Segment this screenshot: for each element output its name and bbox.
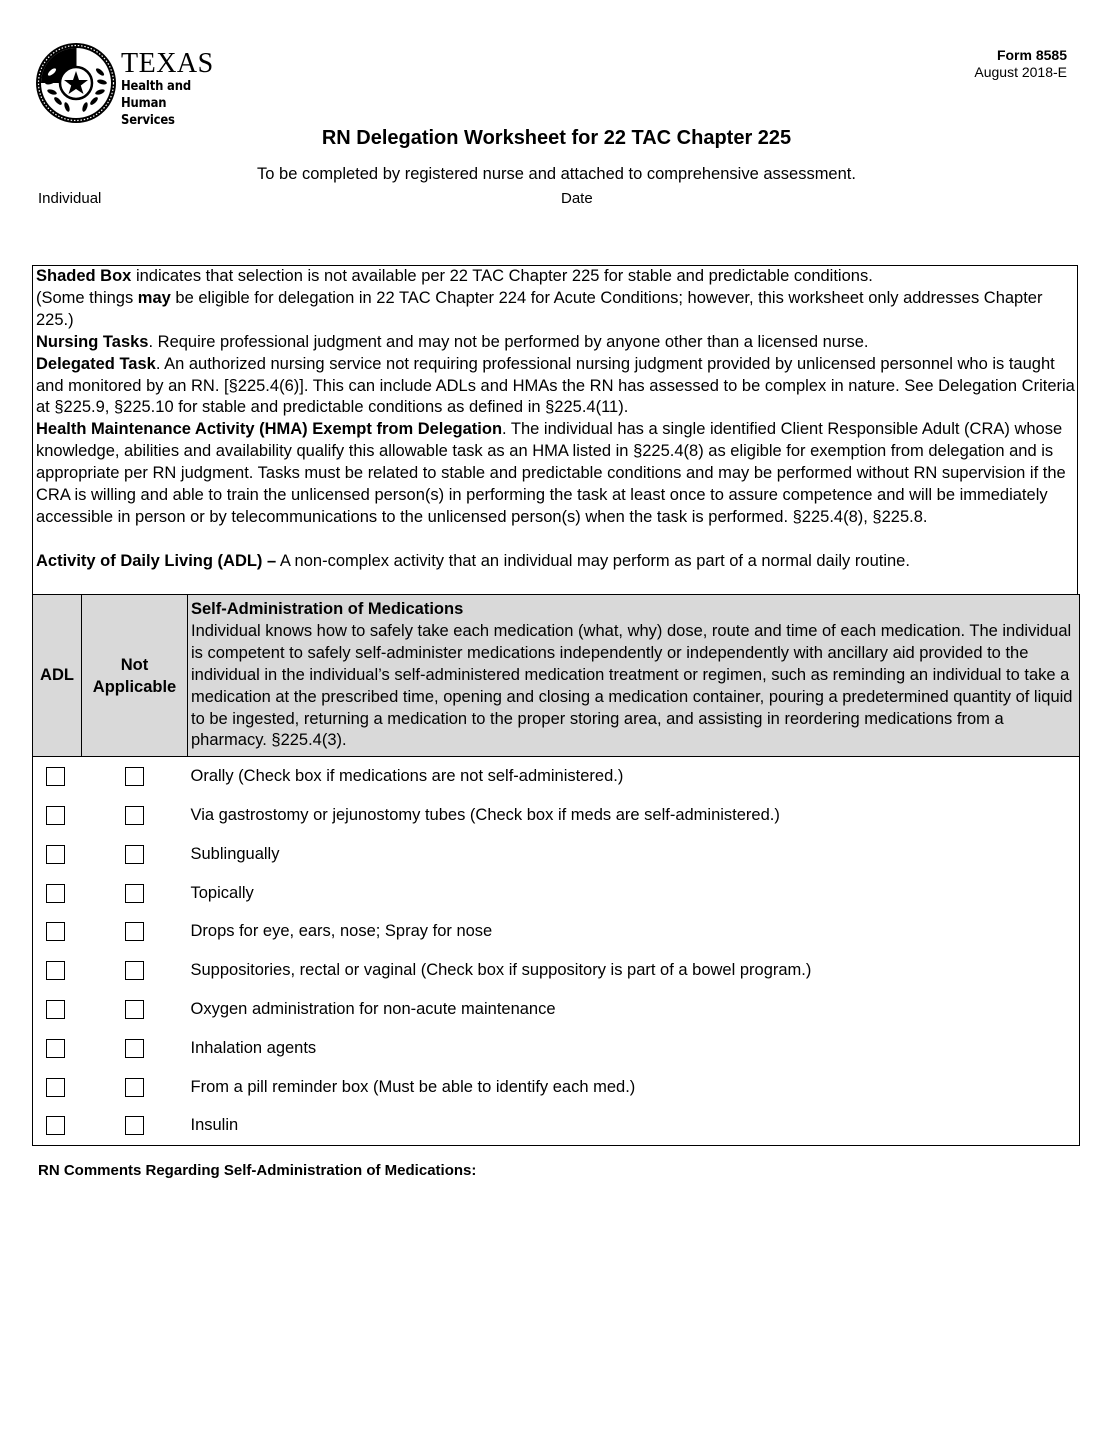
adl-checkbox[interactable] — [46, 1078, 65, 1097]
not-applicable-checkbox[interactable] — [125, 1116, 144, 1135]
individual-label: Individual — [38, 190, 101, 207]
adl-cell — [33, 874, 82, 913]
adl-cell — [33, 1068, 82, 1107]
individual-field[interactable] — [110, 188, 550, 208]
adl-checkbox[interactable] — [46, 1000, 65, 1019]
table-row: Drops for eye, ears, nose; Spray for nos… — [33, 913, 1080, 952]
definition-delegated-task: Delegated Task. An authorized nursing se… — [36, 354, 1077, 420]
adl-cell — [33, 835, 82, 874]
adl-cell — [33, 1029, 82, 1068]
adl-checkbox[interactable] — [46, 922, 65, 941]
adl-checkbox[interactable] — [46, 767, 65, 786]
medication-route-label: Topically — [188, 874, 1080, 913]
definition-nursing-tasks: Nursing Tasks. Require professional judg… — [36, 332, 1077, 354]
definition-hma: Health Maintenance Activity (HMA) Exempt… — [36, 419, 1077, 529]
texas-hhs-logo: TEXAS Health and Human Services — [35, 42, 255, 126]
logo-wordmark: TEXAS Health and Human Services — [121, 50, 255, 129]
not-applicable-checkbox[interactable] — [125, 884, 144, 903]
rn-comments-label: RN Comments Regarding Self-Administratio… — [38, 1162, 476, 1179]
adl-checkbox[interactable] — [46, 961, 65, 980]
table-row: Orally (Check box if medications are not… — [33, 757, 1080, 796]
not-applicable-cell — [82, 1029, 188, 1068]
not-applicable-cell — [82, 757, 188, 796]
table-row: From a pill reminder box (Must be able t… — [33, 1068, 1080, 1107]
section-description: Self-Administration of Medications Indiv… — [188, 595, 1080, 757]
not-applicable-checkbox[interactable] — [125, 1039, 144, 1058]
not-applicable-cell — [82, 1068, 188, 1107]
logo-texas: TEXAS — [121, 50, 255, 78]
not-applicable-cell — [82, 835, 188, 874]
adl-cell — [33, 913, 82, 952]
medication-rows: Orally (Check box if medications are not… — [33, 757, 1080, 1146]
not-applicable-cell — [82, 874, 188, 913]
medication-route-label: Orally (Check box if medications are not… — [188, 757, 1080, 796]
medication-route-label: Oxygen administration for non-acute main… — [188, 990, 1080, 1029]
definitions-box: Shaded Box indicates that selection is n… — [32, 265, 1078, 595]
medications-table: ADL Not Applicable Self-Administration o… — [32, 594, 1080, 1146]
not-applicable-checkbox[interactable] — [125, 845, 144, 864]
page-title: RN Delegation Worksheet for 22 TAC Chapt… — [0, 127, 1113, 150]
definition-adl: Activity of Daily Living (ADL) – A non-c… — [36, 551, 1077, 573]
table-row: Inhalation agents — [33, 1029, 1080, 1068]
page-subtitle: To be completed by registered nurse and … — [0, 165, 1113, 184]
texas-seal-icon — [35, 42, 117, 124]
adl-checkbox[interactable] — [46, 806, 65, 825]
adl-cell — [33, 1107, 82, 1146]
form-identifier: Form 8585 August 2018-E — [974, 47, 1067, 81]
not-applicable-cell — [82, 913, 188, 952]
definition-shaded-box: Shaded Box indicates that selection is n… — [36, 266, 1077, 288]
table-row: Suppositories, rectal or vaginal (Check … — [33, 951, 1080, 990]
column-header-not-applicable: Not Applicable — [82, 595, 188, 757]
rn-comments-field[interactable] — [38, 1186, 1078, 1386]
adl-cell — [33, 757, 82, 796]
adl-checkbox[interactable] — [46, 1116, 65, 1135]
date-field[interactable] — [600, 188, 900, 208]
logo-hhs-line1: Health and Human — [121, 78, 236, 112]
medication-route-label: From a pill reminder box (Must be able t… — [188, 1068, 1080, 1107]
adl-checkbox[interactable] — [46, 1039, 65, 1058]
not-applicable-cell — [82, 951, 188, 990]
table-row: Sublingually — [33, 835, 1080, 874]
not-applicable-checkbox[interactable] — [125, 1000, 144, 1019]
table-row: Oxygen administration for non-acute main… — [33, 990, 1080, 1029]
date-label: Date — [561, 190, 593, 207]
medication-route-label: Sublingually — [188, 835, 1080, 874]
not-applicable-cell — [82, 990, 188, 1029]
medication-route-label: Via gastrostomy or jejunostomy tubes (Ch… — [188, 796, 1080, 835]
medication-route-label: Drops for eye, ears, nose; Spray for nos… — [188, 913, 1080, 952]
table-row: Via gastrostomy or jejunostomy tubes (Ch… — [33, 796, 1080, 835]
table-row: Insulin — [33, 1107, 1080, 1146]
not-applicable-cell — [82, 796, 188, 835]
adl-checkbox[interactable] — [46, 884, 65, 903]
medication-route-label: Insulin — [188, 1107, 1080, 1146]
not-applicable-checkbox[interactable] — [125, 922, 144, 941]
section-text: Individual knows how to safely take each… — [191, 621, 1077, 752]
table-header-row: ADL Not Applicable Self-Administration o… — [33, 595, 1080, 757]
not-applicable-checkbox[interactable] — [125, 806, 144, 825]
adl-cell — [33, 951, 82, 990]
adl-checkbox[interactable] — [46, 845, 65, 864]
medication-route-label: Inhalation agents — [188, 1029, 1080, 1068]
adl-cell — [33, 990, 82, 1029]
section-title: Self-Administration of Medications — [191, 599, 1077, 621]
definition-note: (Some things may be eligible for delegat… — [36, 288, 1077, 332]
adl-cell — [33, 796, 82, 835]
not-applicable-cell — [82, 1107, 188, 1146]
form-number: Form 8585 — [974, 47, 1067, 64]
column-header-adl: ADL — [33, 595, 82, 757]
not-applicable-checkbox[interactable] — [125, 961, 144, 980]
not-applicable-checkbox[interactable] — [125, 767, 144, 786]
not-applicable-checkbox[interactable] — [125, 1078, 144, 1097]
table-row: Topically — [33, 874, 1080, 913]
medication-route-label: Suppositories, rectal or vaginal (Check … — [188, 951, 1080, 990]
form-revision: August 2018-E — [974, 64, 1067, 81]
